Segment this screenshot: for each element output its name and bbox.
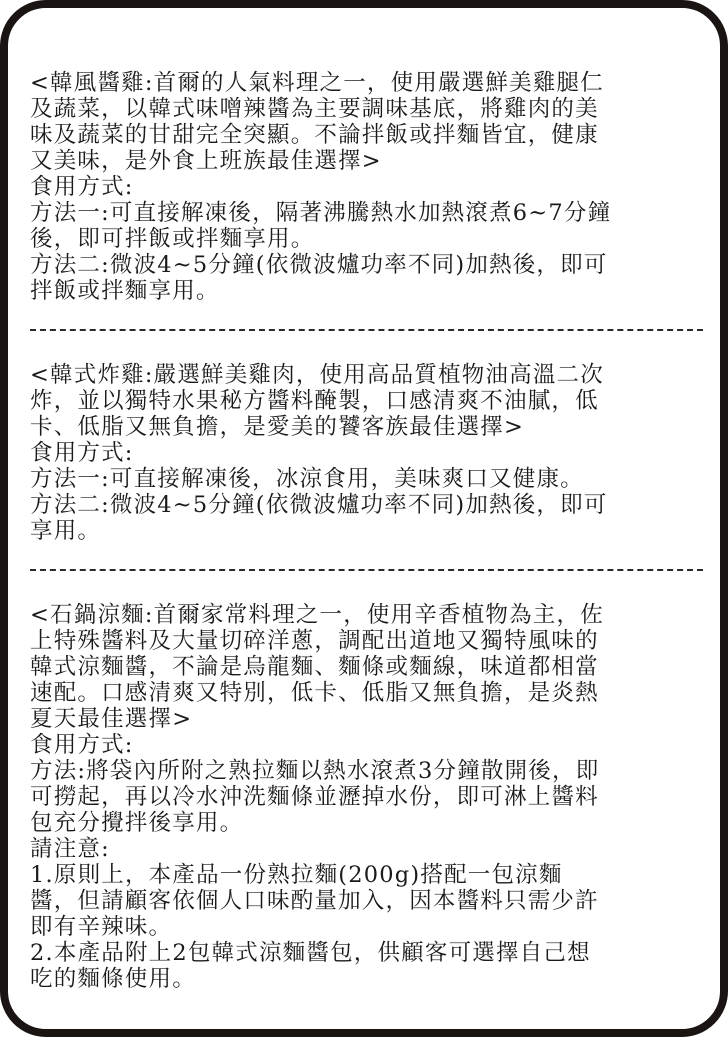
usage-heading: 食用方式: bbox=[30, 440, 710, 466]
card-content: <韓風醬雞:首爾的人氣料理之一，使用嚴選鮮美雞腿仁 及蔬菜，以韓式味噌辣醬為主要… bbox=[30, 70, 710, 992]
usage-method-line: 享用。 bbox=[30, 518, 710, 544]
usage-method-line: 方法一:可直接解凍後，冰涼食用，美味爽口又健康。 bbox=[30, 466, 710, 492]
section-stone-pot-cold-noodles: <石鍋涼麵:首爾家常料理之一，使用辛香植物為主，佐 上特殊醬料及大量切碎洋蔥，調… bbox=[30, 602, 710, 992]
product-intro-line: <韓式炸雞:嚴選鮮美雞肉，使用高品質植物油高溫二次 bbox=[30, 362, 710, 388]
dashed-line bbox=[30, 329, 703, 331]
usage-method-line: 後，即可拌飯或拌麵享用。 bbox=[30, 226, 710, 252]
product-intro-line: 速配。口感清爽又特別，低卡、低脂又無負擔，是炎熱 bbox=[30, 680, 710, 706]
usage-method-line: 包充分攪拌後享用。 bbox=[30, 810, 710, 836]
dashed-line bbox=[30, 569, 703, 571]
notice-line: 醬，但請顧客依個人口味酌量加入，因本醬料只需少許 bbox=[30, 888, 710, 914]
product-intro-line: 卡、低脂又無負擔，是愛美的饕客族最佳選擇> bbox=[30, 414, 710, 440]
product-intro-line: <韓風醬雞:首爾的人氣料理之一，使用嚴選鮮美雞腿仁 bbox=[30, 70, 710, 96]
dashed-divider bbox=[30, 316, 710, 342]
product-intro-line: 及蔬菜，以韓式味噌辣醬為主要調味基底，將雞肉的美 bbox=[30, 96, 710, 122]
usage-heading: 食用方式: bbox=[30, 174, 710, 200]
product-intro-line: 韓式涼麵醬，不論是烏龍麵、麵條或麵線，味道都相當 bbox=[30, 654, 710, 680]
usage-method-line: 方法:將袋內所附之熟拉麵以熱水滾煮3分鐘散開後，即 bbox=[30, 758, 710, 784]
usage-method-line: 方法二:微波4~5分鐘(依微波爐功率不同)加熱後，即可 bbox=[30, 252, 710, 278]
section-korean-fried-chicken: <韓式炸雞:嚴選鮮美雞肉，使用高品質植物油高溫二次 炸，並以獨特水果秘方醬料醃製… bbox=[30, 362, 710, 544]
section-korean-sauce-chicken: <韓風醬雞:首爾的人氣料理之一，使用嚴選鮮美雞腿仁 及蔬菜，以韓式味噌辣醬為主要… bbox=[30, 70, 710, 304]
product-intro-line: 夏天最佳選擇> bbox=[30, 706, 710, 732]
dashed-divider bbox=[30, 556, 710, 582]
notice-line: 即有辛辣味。 bbox=[30, 914, 710, 940]
product-intro-line: 上特殊醬料及大量切碎洋蔥，調配出道地又獨特風味的 bbox=[30, 628, 710, 654]
product-intro-line: 炸，並以獨特水果秘方醬料醃製，口感清爽不油膩，低 bbox=[30, 388, 710, 414]
usage-heading: 食用方式: bbox=[30, 732, 710, 758]
notice-heading: 請注意: bbox=[30, 836, 710, 862]
product-intro-line: 又美味，是外食上班族最佳選擇> bbox=[30, 148, 710, 174]
notice-line: 吃的麵條使用。 bbox=[30, 966, 710, 992]
usage-method-line: 方法二:微波4~5分鐘(依微波爐功率不同)加熱後，即可 bbox=[30, 492, 710, 518]
product-intro-line: <石鍋涼麵:首爾家常料理之一，使用辛香植物為主，佐 bbox=[30, 602, 710, 628]
notice-line: 1.原則上，本產品一份熟拉麵(200g)搭配一包涼麵 bbox=[30, 862, 710, 888]
usage-method-line: 可撈起，再以冷水沖洗麵條並瀝掉水份，即可淋上醬料 bbox=[30, 784, 710, 810]
product-description-card: <韓風醬雞:首爾的人氣料理之一，使用嚴選鮮美雞腿仁 及蔬菜，以韓式味噌辣醬為主要… bbox=[0, 0, 728, 1037]
notice-line: 2.本產品附上2包韓式涼麵醬包，供顧客可選擇自己想 bbox=[30, 940, 710, 966]
usage-method-line: 方法一:可直接解凍後，隔著沸騰熱水加熱滾煮6~7分鐘 bbox=[30, 200, 710, 226]
usage-method-line: 拌飯或拌麵享用。 bbox=[30, 278, 710, 304]
product-intro-line: 味及蔬菜的甘甜完全突顯。不論拌飯或拌麵皆宜，健康 bbox=[30, 122, 710, 148]
